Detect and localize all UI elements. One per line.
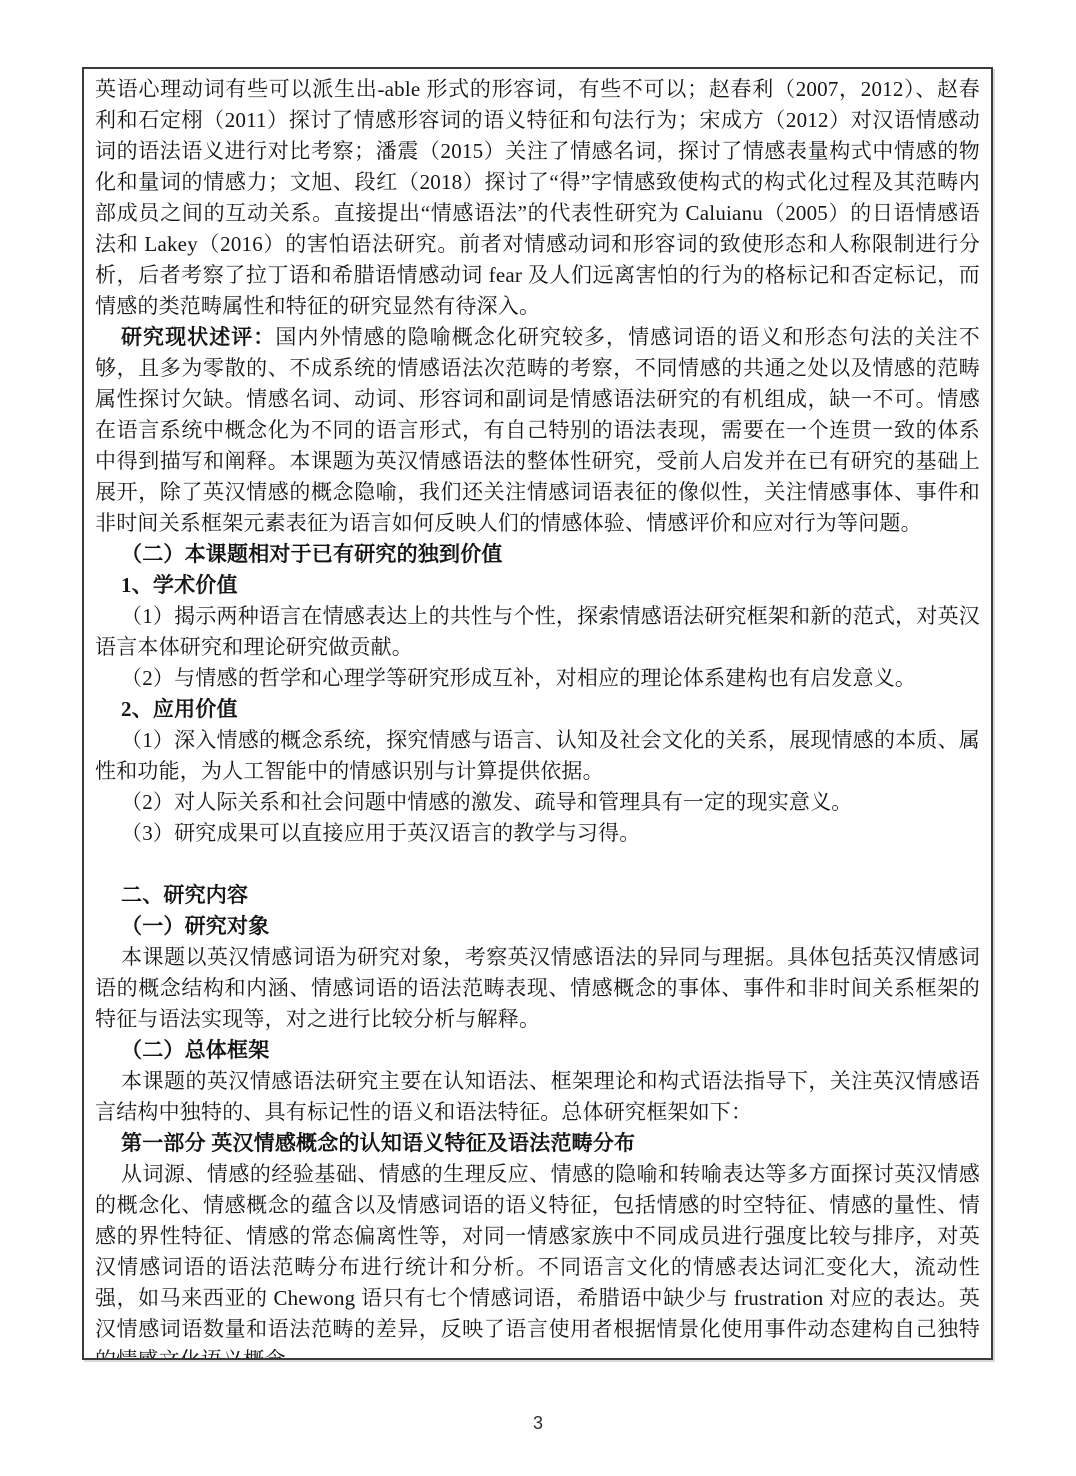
heading-part-one: 第一部分 英汉情感概念的认知语义特征及语法范畴分布	[95, 1128, 980, 1159]
heading-academic-value: 1、学术价值	[95, 570, 980, 601]
paragraph-applied-item-2: （2）对人际关系和社会问题中情感的激发、疏导和管理具有一定的现实意义。	[95, 787, 980, 818]
page-number: 3	[0, 1408, 1076, 1439]
heading-research-object: （一）研究对象	[95, 911, 980, 942]
paragraph-academic-item-1: （1）揭示两种语言在情感表达上的共性与个性，探索情感语法研究框架和新的范式，对英…	[95, 601, 980, 663]
heading-overall-framework: （二）总体框架	[95, 1035, 980, 1066]
paragraph-overall-framework: 本课题的英汉情感语法研究主要在认知语法、框架理论和构式语法指导下，关注英汉情感语…	[95, 1066, 980, 1128]
research-status-label: 研究现状述评：	[121, 325, 275, 349]
paragraph-literature-review-continuation: 英语心理动词有些可以派生出-able 形式的形容词，有些不可以；赵春利（2007…	[95, 74, 980, 322]
content-border-box: 英语心理动词有些可以派生出-able 形式的形容词，有些不可以；赵春利（2007…	[82, 67, 993, 1360]
research-status-text: 国内外情感的隐喻概念化研究较多，情感词语的语义和形态句法的关注不够，且多为零散的…	[95, 325, 980, 535]
paragraph-research-status-review: 研究现状述评：国内外情感的隐喻概念化研究较多，情感词语的语义和形态句法的关注不够…	[95, 322, 980, 539]
heading-research-content: 二、研究内容	[95, 880, 980, 911]
blank-line	[95, 849, 980, 880]
paragraph-research-object: 本课题以英汉情感词语为研究对象，考察英汉情感语法的异同与理据。具体包括英汉情感词…	[95, 942, 980, 1035]
paragraph-part-one: 从词源、情感的经验基础、情感的生理反应、情感的隐喻和转喻表达等多方面探讨英汉情感…	[95, 1159, 980, 1360]
paragraph-applied-item-3: （3）研究成果可以直接应用于英汉语言的教学与习得。	[95, 818, 980, 849]
paragraph-academic-item-2: （2）与情感的哲学和心理学等研究形成互补，对相应的理论体系建构也有启发意义。	[95, 663, 980, 694]
heading-applied-value: 2、应用价值	[95, 694, 980, 725]
heading-unique-value: （二）本课题相对于已有研究的独到价值	[95, 539, 980, 570]
paragraph-applied-item-1: （1）深入情感的概念系统，探究情感与语言、认知及社会文化的关系，展现情感的本质、…	[95, 725, 980, 787]
document-page: { "page_number": "3", "content": { "p_li…	[0, 0, 1076, 1476]
